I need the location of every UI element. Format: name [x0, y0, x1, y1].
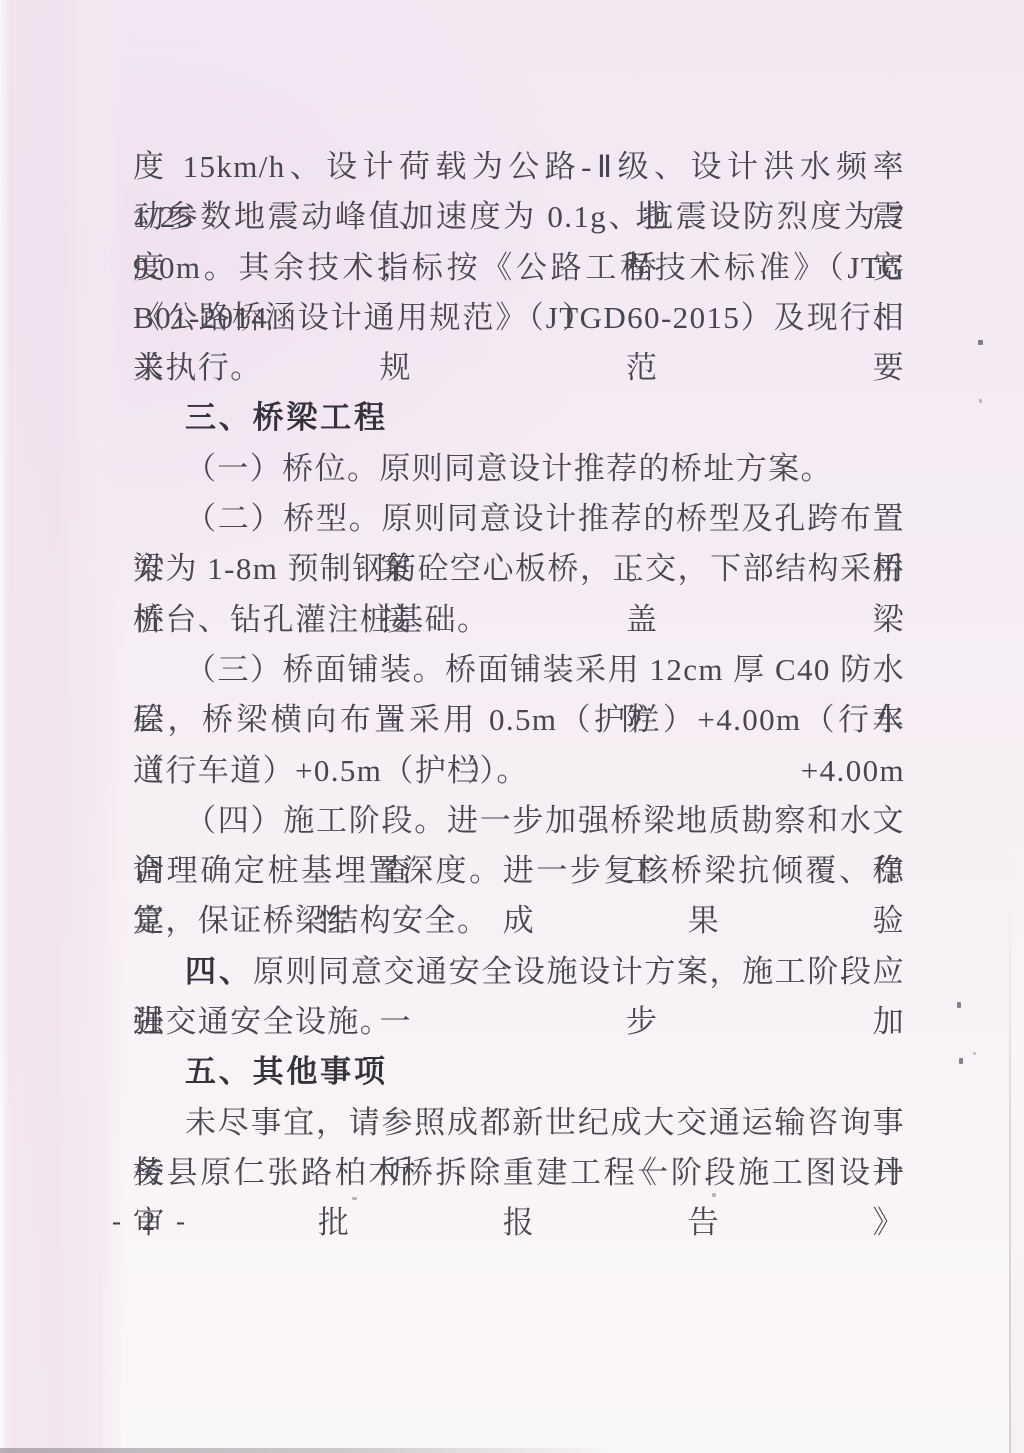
text-line: 度 15km/h、设计荷载为公路-Ⅱ级、设计洪水频率 1/25、地震	[133, 142, 905, 192]
text-line: 棱县原仁张路柏木桥拆除重建工程一阶段施工图设计审批报告》	[133, 1148, 905, 1198]
scan-speck	[957, 1002, 961, 1008]
text-line: 9.0m。其余技术指标按《公路工程技术标准》（JTG B01-2014）、	[133, 243, 905, 293]
scan-speck	[979, 399, 982, 403]
text-line: 《公路桥涵设计通用规范》（JTGD60-2015）及现行相关规范要	[133, 293, 905, 343]
text-line: 未尽事宜，请参照成都新世纪成大交通运输咨询事务所《丹	[133, 1098, 905, 1148]
page-edge-right-line	[1009, 893, 1011, 1453]
scan-left-shading	[0, 0, 124, 1453]
text-line: 梁为 1-8m 预制钢筋砼空心板桥，正交，下部结构采用桩接盖梁	[133, 544, 905, 594]
text-line: 动参数地震动峰值加速度为 0.1g、抗震设防烈度为 7 度；桥宽	[133, 192, 905, 242]
page-number: - 2 -	[112, 1206, 192, 1237]
scan-speck	[973, 1052, 976, 1055]
document-page: 度 15km/h、设计荷载为公路-Ⅱ级、设计洪水频率 1/25、地震 动参数地震…	[0, 0, 1024, 1453]
scan-speck	[978, 340, 983, 345]
text-line: （三）桥面铺装。桥面铺装采用 12cm 厚 C40 防水砼+防水	[133, 645, 905, 695]
section-heading-bridge-works: 三、桥梁工程	[133, 393, 905, 443]
text-line: （一）桥位。原则同意设计推荐的桥址方案。	[133, 444, 905, 494]
section-heading-other-matters: 五、其他事项	[133, 1047, 905, 1097]
text-block: 度 15km/h、设计荷载为公路-Ⅱ级、设计洪水频率 1/25、地震 动参数地震…	[133, 142, 905, 1198]
text-line: 合理确定桩基埋置深度。进一步复核桥梁抗倾覆、稳定性成果验	[133, 846, 905, 896]
text-line: 层，桥梁横向布置采用 0.5m（护栏）+4.00m（行车道）+4.00m	[133, 695, 905, 745]
scan-speck	[959, 1058, 963, 1064]
page-edge-bottom	[0, 1448, 620, 1453]
scan-speck	[712, 1193, 716, 1197]
section-heading-traffic-safety: 四、原则同意交通安全设施设计方案，施工阶段应进一步加	[133, 947, 905, 997]
scan-speck	[352, 1197, 357, 1200]
text-line: （二）桥型。原则同意设计推荐的桥型及孔跨布置方案。桥	[133, 494, 905, 544]
page-edge-right	[1011, 833, 1024, 1453]
text-line: （四）施工阶段。进一步加强桥梁地质勘察和水文调查工作	[133, 796, 905, 846]
